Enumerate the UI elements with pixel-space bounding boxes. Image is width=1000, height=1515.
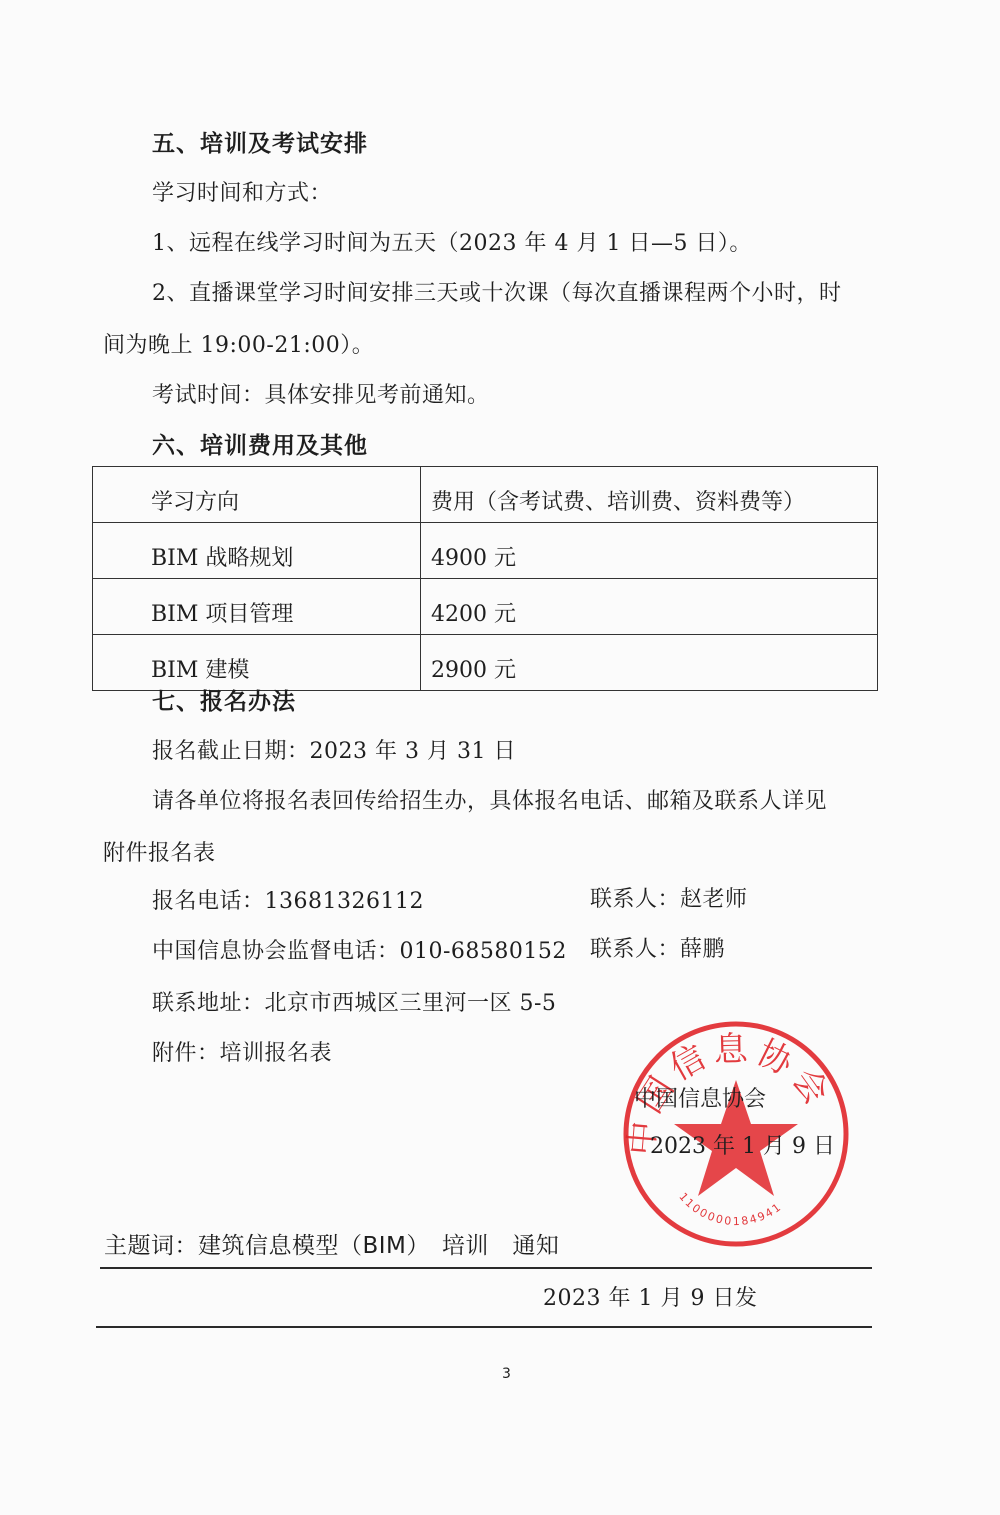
cell-direction: BIM 项目管理 <box>93 579 421 635</box>
section6-heading: 六、培训费用及其他 <box>152 432 368 460</box>
subject-keywords: 主题词：建筑信息模型（BIM） 培训 通知 <box>104 1232 559 1260</box>
header-direction: 学习方向 <box>93 467 421 523</box>
cell-direction: BIM 建模 <box>93 635 421 691</box>
section7-heading: 七、报名办法 <box>152 688 296 716</box>
section5-heading: 五、培训及考试安排 <box>152 130 368 158</box>
signature-date: 2023 年 1 月 9 日 <box>650 1133 835 1161</box>
deadline: 报名截止日期：2023 年 3 月 31 日 <box>152 738 516 766</box>
study-label: 学习时间和方式： <box>152 180 332 208</box>
contact-2: 联系人：薛鹏 <box>590 936 725 964</box>
cell-fee: 2900 元 <box>421 635 878 691</box>
page-number: 3 <box>502 1366 511 1382</box>
cell-direction: BIM 战略规划 <box>93 523 421 579</box>
header-fee: 费用（含考试费、培训费、资料费等） <box>421 467 878 523</box>
seal-serial: 1100000184941 <box>676 1190 784 1228</box>
study-item-2-line1: 2、直播课堂学习时间安排三天或十次课（每次直播课程两个小时，时 <box>152 280 842 308</box>
supervise-phone: 中国信息协会监督电话：010-68580152 <box>152 938 567 966</box>
issue-date: 2023 年 1 月 9 日发 <box>543 1285 757 1313</box>
svg-text:1100000184941: 1100000184941 <box>676 1190 784 1228</box>
signup-phone: 报名电话：13681326112 <box>152 888 424 916</box>
study-item-2-line2: 间为晚上 19:00-21:00）。 <box>103 332 374 360</box>
fee-table: 学习方向 费用（含考试费、培训费、资料费等） BIM 战略规划 4900 元 B… <box>92 466 878 691</box>
cell-fee: 4200 元 <box>421 579 878 635</box>
divider-top <box>100 1267 872 1269</box>
exam-time: 考试时间：具体安排见考前通知。 <box>152 382 490 410</box>
table-header-row: 学习方向 费用（含考试费、培训费、资料费等） <box>93 467 878 523</box>
cell-fee: 4900 元 <box>421 523 878 579</box>
instruction-line1: 请各单位将报名表回传给招生办，具体报名电话、邮箱及联系人详见 <box>152 788 827 816</box>
table-row: BIM 战略规划 4900 元 <box>93 523 878 579</box>
study-item-1: 1、远程在线学习时间为五天（2023 年 4 月 1 日—5 日）。 <box>152 230 752 258</box>
divider-bottom <box>96 1326 872 1328</box>
instruction-line2: 附件报名表 <box>103 840 216 868</box>
attachment: 附件：培训报名表 <box>152 1040 332 1068</box>
table-row: BIM 项目管理 4200 元 <box>93 579 878 635</box>
address: 联系地址：北京市西城区三里河一区 5-5 <box>152 990 556 1018</box>
contact-1: 联系人：赵老师 <box>590 886 748 914</box>
table-row: BIM 建模 2900 元 <box>93 635 878 691</box>
signature-org: 中国信息协会 <box>634 1086 766 1114</box>
